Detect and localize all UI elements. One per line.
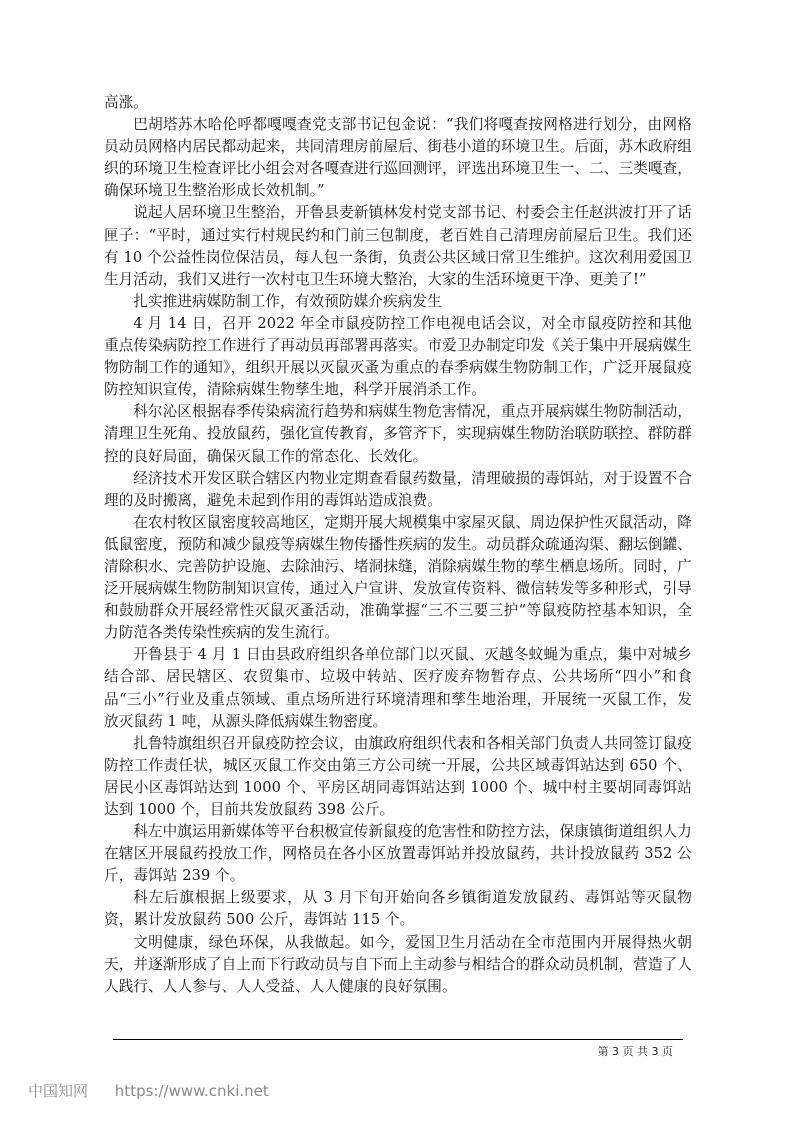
paragraph: 文明健康，绿色环保，从我做起。如今，爱国卫生月活动在全市范围内开展得热火朝天，并… <box>104 932 692 998</box>
footer-divider <box>113 1039 683 1040</box>
paragraph: 科尔沁区根据春季传染病流行趋势和病媒生物危害情况，重点开展病媒生物防制活动，清理… <box>104 401 692 467</box>
paragraph: 扎鲁特旗组织召开鼠疫防控会议，由旗政府组织代表和各相关部门负责人共同签订鼠疫防控… <box>104 733 692 821</box>
paragraph: 说起人居环境卫生整治，开鲁县麦新镇林发村党支部书记、村委会主任赵洪波打开了话匣子… <box>104 202 692 290</box>
paragraph: 开鲁县于 4 月 1 日由县政府组织各单位部门以灭鼠、灭越冬蚊蝇为重点，集中对城… <box>104 644 692 732</box>
watermark-url: https://www.cnki.net <box>115 1082 269 1100</box>
watermark-brand: 中国知网 <box>28 1082 88 1100</box>
paragraph: 经济技术开发区联合辖区内物业定期查看鼠药数量，清理破损的毒饵站，对于设置不合理的… <box>104 468 692 512</box>
paragraph: 4 月 14 日，召开 2022 年全市鼠疫防控工作电视电话会议，对全市鼠疫防控… <box>104 313 692 401</box>
paragraph-continuation: 高涨。 <box>104 92 692 114</box>
paragraph: 科左中旗运用新媒体等平台积极宣传新鼠疫的危害性和防控方法，保康镇街道组织人力在辖… <box>104 821 692 887</box>
paragraph: 巴胡塔苏木哈伦呼都嘎嘎查党支部书记包金说：“我们将嘎查按网格进行划分，由网格员动… <box>104 114 692 202</box>
paragraph: 在农村牧区鼠密度较高地区，定期开展大规模集中家屋灭鼠、周边保护性灭鼠活动，降低鼠… <box>104 512 692 645</box>
document-page: 高涨。 巴胡塔苏木哈伦呼都嘎嘎查党支部书记包金说：“我们将嘎查按网格进行划分，由… <box>0 0 794 1123</box>
watermark: 中国知网 https://www.cnki.net <box>28 1080 269 1101</box>
paragraph: 科左后旗根据上级要求，从 3 月下旬开始向各乡镇街道发放鼠药、毒饵站等灭鼠物资，… <box>104 887 692 931</box>
article-body: 高涨。 巴胡塔苏木哈伦呼都嘎嘎查党支部书记包金说：“我们将嘎查按网格进行划分，由… <box>104 92 692 998</box>
section-heading: 扎实推进病媒防制工作，有效预防媒介疾病发生 <box>104 291 692 313</box>
page-number: 第 3 页 共 3 页 <box>598 1043 673 1059</box>
